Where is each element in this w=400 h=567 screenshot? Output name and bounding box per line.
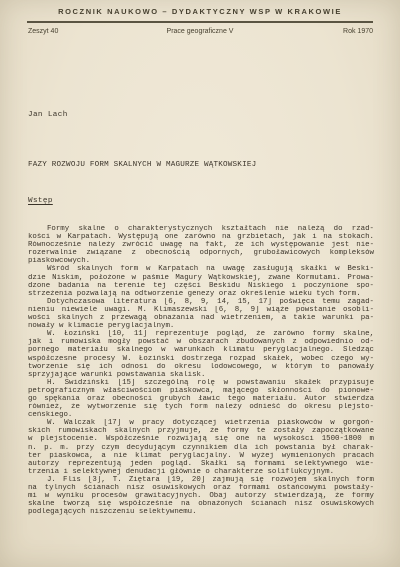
- text-line: rozerwalnie związane z obecnością odporn…: [28, 249, 374, 257]
- text-line: J. Flis [3], T. Ziętara [19, 20] zajmują…: [28, 476, 374, 484]
- text-line: na tylnych ścianach nisz osuwiskowych or…: [28, 484, 374, 492]
- text-line: współczesne procesy W. Łoziński dostrzeg…: [28, 355, 374, 363]
- series-label: Prace geograficzne V: [167, 28, 234, 35]
- text-line: w plejstocenie. Współcześnie rozwijają s…: [28, 435, 374, 443]
- text-line: ceńskiego.: [28, 411, 374, 419]
- scanned-page: ROCZNIK NAUKOWO – DYDAKTYCZNY WSP W KRAK…: [0, 0, 400, 567]
- text-line: ter piaskowca, a nie klimat peryglacjaln…: [28, 452, 374, 460]
- paragraph: W. Walczak [17] w pracy dotyczącej wietr…: [28, 419, 374, 476]
- text-line: również, że wytworzenie się tych form na…: [28, 403, 374, 411]
- journal-title: ROCZNIK NAUKOWO – DYDAKTYCZNY WSP W KRAK…: [0, 7, 400, 16]
- paragraph: Dotychczasowa literatura [6, 8, 9, 14, 1…: [28, 298, 374, 330]
- text-line: kości w Karpatach. Występują one zarówno…: [28, 233, 374, 241]
- article-title: FAZY ROZWOJU FORM SKALNYCH W MAGURZE WĄT…: [28, 161, 256, 169]
- text-line: H. Świdziński [15] szczególną rolę w pow…: [28, 379, 374, 387]
- text-line: dzie Niskim, położone w paśmie Magury Wą…: [28, 274, 374, 282]
- article-body: Formy skalne o charakterystycznych kszta…: [28, 225, 374, 516]
- header-rule: [27, 21, 373, 23]
- text-line: autorzy reprezentują jeden pogląd. Skałk…: [28, 460, 374, 468]
- text-line: Formy skalne o charakterystycznych kszta…: [28, 225, 374, 233]
- text-line: tworzenie się ich odnosi do okresu lodow…: [28, 363, 374, 371]
- text-line: podlegających niszczeniu selektywnemu.: [28, 508, 374, 516]
- text-line: skalne tworzą się współcześnie na obnażo…: [28, 500, 374, 508]
- author-name: Jan Lach: [28, 111, 68, 119]
- text-line: nowały w klimacie peryglacjalnym.: [28, 322, 374, 330]
- text-line: Wśród skalnych form w Karpatach na uwagę…: [28, 265, 374, 273]
- text-line: skich rumowiskach skalnych przyjmuje, że…: [28, 427, 374, 435]
- text-line: jak i rumowiska mogły powstać w obszarac…: [28, 338, 374, 346]
- text-line: strzeżenia pozwalają na odtworzenie gene…: [28, 290, 374, 298]
- text-line: mi w wyniku procesów grawitacyjnych. Oba…: [28, 492, 374, 500]
- text-line: Równocześnie należy zwrócić uwagę na fak…: [28, 241, 374, 249]
- text-line: petrograficznym właściwościom piaskowca,…: [28, 387, 374, 395]
- text-line: W. Walczak [17] w pracy dotyczącej wietr…: [28, 419, 374, 427]
- header-meta-row: Zeszyt 40 Prace geograficzne V Rok 1970: [27, 28, 373, 38]
- text-line: go spękania oraz obecności grubych ławic…: [28, 395, 374, 403]
- paragraph: Formy skalne o charakterystycznych kszta…: [28, 225, 374, 265]
- text-line: sprzyjające warunki powstawania skalisk.: [28, 371, 374, 379]
- text-line: Dotychczasowa literatura [6, 8, 9, 14, 1…: [28, 298, 374, 306]
- paragraph: J. Flis [3], T. Ziętara [19, 20] zajmują…: [28, 476, 374, 516]
- year-label: Rok 1970: [343, 28, 373, 35]
- text-line: pornego materiału skalnego w warunkach k…: [28, 346, 374, 354]
- text-line: piaskowcowych.: [28, 257, 374, 265]
- issue-label: Zeszyt 40: [28, 28, 58, 35]
- paragraph: Wśród skalnych form w Karpatach na uwagę…: [28, 265, 374, 297]
- section-heading: Wstęp: [28, 197, 53, 205]
- text-line: trzenia i selektywnej denudacji głównie …: [28, 468, 374, 476]
- text-line: dzone badania na terenie tej części Besk…: [28, 282, 374, 290]
- text-line: W. Łoziński [10, 11] reprezentuje pogląd…: [28, 330, 374, 338]
- text-line: nieniu niewiele uwagi. M. Klimaszewski […: [28, 306, 374, 314]
- text-line: wości skalnych z przewagą obnażania nad …: [28, 314, 374, 322]
- text-line: n. p. m. przy czym decydującym czynnikie…: [28, 444, 374, 452]
- paragraph: W. Łoziński [10, 11] reprezentuje pogląd…: [28, 330, 374, 379]
- paragraph: H. Świdziński [15] szczególną rolę w pow…: [28, 379, 374, 419]
